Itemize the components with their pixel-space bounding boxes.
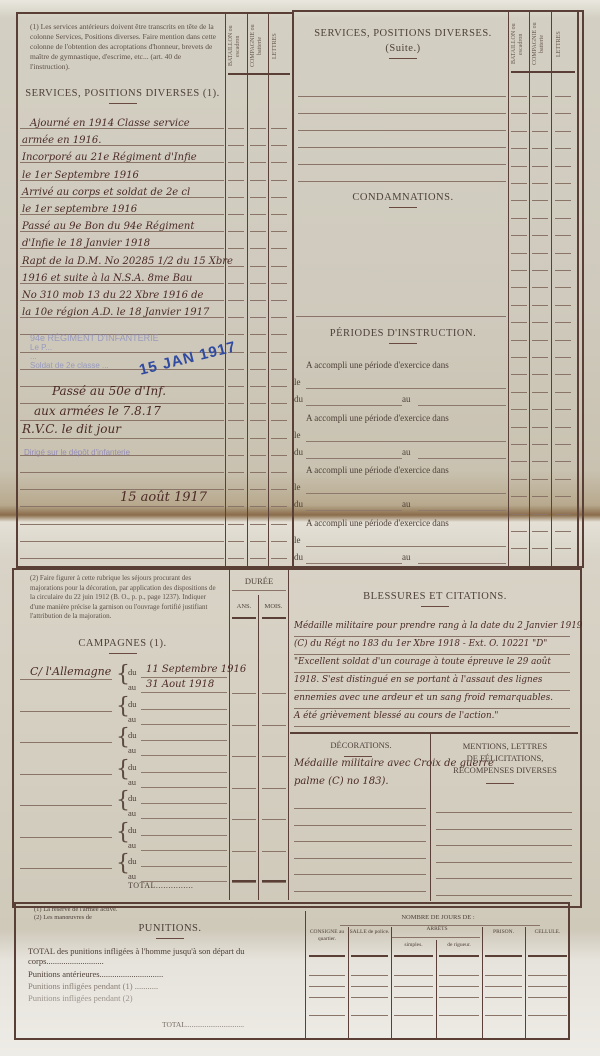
col-ruled-line: [228, 386, 244, 387]
transfer-line-1: Passé au 50e d'Inf.: [52, 384, 166, 398]
col-ruled-line: [228, 145, 244, 146]
col-ruled-line: [532, 200, 548, 201]
punition-col-sep: [525, 927, 526, 1038]
col-ruled-line: [532, 514, 548, 515]
citation-line: (C) du Régt no 183 du 1er Xbre 1918 - Ex…: [294, 639, 547, 649]
punition-cell-line: [485, 975, 522, 976]
col-ruled-line: [555, 166, 571, 167]
col-ruled-line: [511, 374, 527, 375]
col-ruled-line: [532, 496, 548, 497]
col-ruled-line: [250, 455, 266, 456]
col-header-compagnie: COMPAGNIE ou batterie: [250, 22, 266, 70]
punition-cell-line: [394, 975, 433, 976]
col-ruled-line: [228, 197, 244, 198]
duree-line: [262, 788, 286, 789]
col-ruled-line: [228, 248, 244, 249]
ruled-line: [20, 541, 224, 542]
col-ruled-line: [532, 531, 548, 532]
duree-line: [262, 882, 286, 883]
duree-right: [288, 570, 289, 900]
col-ruled-line: [532, 444, 548, 445]
col-ruled-line: [555, 444, 571, 445]
col-ruled-line: [228, 489, 244, 490]
campagne-au-label: au: [128, 777, 136, 787]
punition-cell-line: [528, 1015, 567, 1016]
service-entry: Passé au 9e Bon du 94e Régiment: [22, 221, 194, 232]
col-ruled-line: [555, 374, 571, 375]
duree-col-ans: ANS.: [230, 603, 258, 610]
punition-cell-line: [528, 986, 567, 987]
punition-col-header: CELLULE.: [525, 929, 570, 936]
campagne-name-line: [20, 837, 112, 838]
ruled-line: [20, 524, 224, 525]
col-ruled-line: [532, 253, 548, 254]
punition-cell-line: [351, 1015, 388, 1016]
col-ruled-line: [511, 270, 527, 271]
col-ruled-line: [228, 162, 244, 163]
col-ruled-line: [271, 317, 287, 318]
services-footnote: (1) Les services antérieurs doivent être…: [30, 22, 222, 72]
col-header-lettres: LETTRES: [272, 22, 288, 70]
duree-left: [229, 570, 230, 900]
col-ruled-line: [228, 506, 244, 507]
citation-line: ennemies avec une ardeur et un sang froi…: [294, 693, 553, 703]
left-col-sep-1: [225, 14, 226, 566]
col-ruled-line: [228, 300, 244, 301]
col-ruled-line: [511, 253, 527, 254]
col-ruled-line: [555, 514, 571, 515]
title-rule: [389, 207, 417, 208]
periode-le-line: [306, 441, 506, 442]
col-ruled-line: [532, 235, 548, 236]
total-rule-1: [232, 880, 256, 882]
col-ruled-line: [250, 558, 266, 559]
punition-cell-line: [351, 975, 388, 976]
periode-au-line: [418, 563, 506, 564]
col-ruled-line: [555, 183, 571, 184]
right-col-sep-2: [529, 12, 530, 568]
ruled-line: [294, 825, 426, 826]
ruled-line: [298, 96, 506, 97]
punition-cell-line: [309, 975, 345, 976]
title-rule: [389, 343, 417, 344]
punition-cell-line: [439, 997, 479, 998]
campagne-au-line: [141, 850, 227, 851]
service-entry: Incorporé au 21e Régiment d'Infie: [22, 152, 197, 163]
col-ruled-line: [250, 231, 266, 232]
punition-col-sep: [348, 927, 349, 1038]
col-ruled-line: [228, 180, 244, 181]
punition-cell-line: [309, 1015, 345, 1016]
col-ruled-line: [532, 340, 548, 341]
col-header-compagnie: COMPAGNIE ou batterie: [532, 20, 548, 68]
col-header-rule: [511, 71, 575, 73]
col-ruled-line: [250, 317, 266, 318]
stamp-line: 94e RÉGIMENT D'INFANTERIE: [30, 333, 230, 343]
punitions-row-pendant-1: Punitions infligées pendant (1) ........…: [28, 981, 158, 991]
duree-line: [262, 819, 286, 820]
ruled-line: [20, 438, 224, 439]
punition-header-rule: [439, 955, 479, 957]
col-ruled-line: [271, 266, 287, 267]
punition-col-header: simples.: [391, 942, 436, 949]
ruled-line: [298, 130, 506, 131]
col-ruled-line: [555, 235, 571, 236]
campagne-au-label: au: [128, 808, 136, 818]
campagne-du-line: [141, 835, 227, 836]
col-ruled-line: [555, 148, 571, 149]
col-ruled-line: [532, 183, 548, 184]
campagne-au-line: [141, 724, 227, 725]
punitions-footnote-2: (2) Les manœuvres de: [34, 914, 92, 921]
punition-cell-line: [485, 1015, 522, 1016]
col-ruled-line: [250, 541, 266, 542]
punition-cell-line: [528, 975, 567, 976]
col-ruled-line: [250, 180, 266, 181]
mentions-rule: [486, 783, 514, 784]
ruled-line: [20, 558, 224, 559]
punition-cell-line: [309, 997, 345, 998]
title-rule: [421, 606, 449, 607]
transfer-line-2: aux armées le 7.8.17: [34, 404, 161, 418]
punitions-row-anterieures: Punitions antérieures...................…: [28, 969, 163, 979]
col-ruled-line: [511, 113, 527, 114]
col-ruled-line: [250, 334, 266, 335]
campagnes-total: TOTAL...............: [128, 881, 193, 890]
col-ruled-line: [532, 113, 548, 114]
periode-le-label: le: [294, 535, 301, 545]
campagne-au-value: 31 Aout 1918: [146, 679, 214, 690]
duree-line: [232, 756, 256, 757]
periode-text: A accompli une période d'exercice dans: [306, 413, 449, 423]
punition-col-header: PRISON.: [482, 929, 525, 936]
arrets-rule: [392, 937, 480, 938]
col-ruled-line: [250, 472, 266, 473]
col-ruled-line: [271, 541, 287, 542]
col-ruled-line: [555, 340, 571, 341]
col-ruled-line: [271, 162, 287, 163]
col-ruled-line: [250, 283, 266, 284]
col-ruled-line: [511, 148, 527, 149]
decorations-hand-2: palme (C) no 183).: [294, 776, 389, 787]
punitions-text: PUNITIONS.: [138, 923, 201, 934]
col-ruled-line: [271, 300, 287, 301]
periode-du-line: [306, 510, 402, 511]
campagne-du-label: du: [128, 730, 137, 740]
col-ruled-line: [555, 531, 571, 532]
col-ruled-line: [555, 287, 571, 288]
ruled-line: [298, 113, 506, 114]
left-col-sep-2: [247, 14, 248, 566]
col-ruled-line: [250, 300, 266, 301]
ruled-line: [296, 316, 506, 317]
campagne-au-line: [141, 692, 227, 693]
col-ruled-line: [511, 322, 527, 323]
punition-col-header: CONSIGNE au quartier.: [306, 929, 348, 942]
campagne-du-label: du: [128, 699, 137, 709]
punition-cell-line: [394, 1015, 433, 1016]
depot-stamp: Dirigé sur le dépôt d'infanterie: [24, 448, 130, 457]
punitions-footnote-1: (1) La réserve de l'armée active.: [34, 906, 117, 913]
periode-du-label: du: [294, 499, 303, 509]
campagne-du-line: [141, 709, 227, 710]
campagne-au-line: [141, 787, 227, 788]
punitions-total: TOTAL...............................: [162, 1020, 244, 1029]
campagne-du-label: du: [128, 793, 137, 803]
col-ruled-line: [228, 283, 244, 284]
ruled-line: [294, 672, 570, 673]
campagne-name-line: [20, 774, 112, 775]
col-ruled-line: [511, 357, 527, 358]
campagne-du-label: du: [128, 762, 137, 772]
campagne-au-label: au: [128, 840, 136, 850]
service-entry: la 10e région A.D. le 18 Janvier 1917: [22, 307, 209, 318]
col-ruled-line: [555, 253, 571, 254]
services-suite-text: SERVICES, POSITIONS DIVERSES.: [298, 28, 508, 39]
col-ruled-line: [555, 357, 571, 358]
col-ruled-line: [511, 96, 527, 97]
col-ruled-line: [271, 197, 287, 198]
periode-au-line: [418, 405, 506, 406]
col-ruled-line: [271, 248, 287, 249]
col-ruled-line: [532, 305, 548, 306]
ruled-line: [436, 845, 572, 846]
punition-header-rule: [485, 955, 522, 957]
col-ruled-line: [228, 214, 244, 215]
punition-cell-line: [394, 986, 433, 987]
campagne-name-line: [20, 868, 112, 869]
punition-col-header: SALLE de police.: [348, 929, 391, 936]
punition-cell-line: [351, 997, 388, 998]
col-ruled-line: [271, 231, 287, 232]
decorations-rule: [344, 756, 372, 757]
col-ruled-line: [555, 322, 571, 323]
col-ruled-line: [532, 287, 548, 288]
periode-du-label: du: [294, 447, 303, 457]
services-title-text: SERVICES, POSITIONS DIVERSES (1).: [25, 88, 219, 99]
service-entry: 1916 et suite à la N.S.A. 8me Bau: [22, 273, 192, 284]
services-suite-subtitle: (Suite.): [298, 43, 508, 54]
service-entry: d'Infie le 18 Janvier 1918: [22, 238, 150, 249]
duree-line: [232, 725, 256, 726]
blessures-text: BLESSURES ET CITATIONS.: [363, 591, 507, 602]
col-ruled-line: [555, 496, 571, 497]
col-ruled-line: [532, 166, 548, 167]
ruled-line: [436, 878, 572, 879]
citation-line: Médaille militaire pour prendre rang à l…: [294, 621, 582, 631]
col-ruled-line: [271, 438, 287, 439]
col-ruled-line: [271, 334, 287, 335]
periode-text: A accompli une période d'exercice dans: [306, 465, 449, 475]
punition-cell-line: [439, 986, 479, 987]
ruled-line: [436, 812, 572, 813]
col-ruled-line: [511, 287, 527, 288]
periode-au-line: [418, 458, 506, 459]
col-ruled-line: [250, 145, 266, 146]
punition-cell-line: [439, 975, 479, 976]
mentions-title: MENTIONS, LETTRES DE FÉLICITATIONS, RÉCO…: [432, 740, 578, 776]
col-ruled-line: [532, 270, 548, 271]
col-ruled-line: [532, 148, 548, 149]
campagne-name-line: [20, 805, 112, 806]
col-ruled-line: [228, 524, 244, 525]
ruled-line: [436, 895, 572, 896]
col-ruled-line: [250, 162, 266, 163]
col-ruled-line: [532, 131, 548, 132]
col-ruled-line: [271, 283, 287, 284]
col-ruled-line: [228, 334, 244, 335]
right-col-sep-1: [508, 12, 509, 568]
col-ruled-line: [555, 392, 571, 393]
total-rule-2: [262, 880, 286, 882]
ruled-line: [294, 891, 426, 892]
duree-line: [262, 693, 286, 694]
col-ruled-line: [271, 420, 287, 421]
campagne-du-line: [141, 740, 227, 741]
col-ruled-line: [511, 340, 527, 341]
decorations-title: DÉCORATIONS.: [292, 740, 430, 750]
periode-text: A accompli une période d'exercice dans: [306, 360, 449, 370]
top-right-frame: [292, 10, 584, 568]
col-ruled-line: [555, 96, 571, 97]
punitions-row-total-dep: TOTAL des punitions infligées à l'homme …: [28, 946, 306, 966]
duree-line: [262, 725, 286, 726]
col-ruled-line: [555, 131, 571, 132]
campagne-du-value: 11 Septembre 1916: [146, 664, 246, 675]
campagne-au-label: au: [128, 714, 136, 724]
punition-cell-line: [309, 986, 345, 987]
campagne-au-label: au: [128, 745, 136, 755]
col-ruled-line: [555, 479, 571, 480]
campagne-au-label: au: [128, 682, 136, 692]
campagne-du-line: [141, 803, 227, 804]
mentions-title-line: DE FÉLICITATIONS,: [432, 752, 578, 764]
col-ruled-line: [271, 403, 287, 404]
periode-du-line: [306, 458, 402, 459]
col-ruled-line: [228, 420, 244, 421]
punition-cell-line: [394, 997, 433, 998]
periode-du-line: [306, 405, 402, 406]
left-col-sep-3: [268, 14, 269, 566]
col-ruled-line: [555, 218, 571, 219]
title-rule: [156, 938, 184, 939]
periode-au-label: au: [402, 499, 411, 509]
campagne-name-line: [20, 679, 112, 680]
col-ruled-line: [228, 403, 244, 404]
duree-line: [262, 756, 286, 757]
arrets-label: ARRÊTS: [392, 926, 482, 932]
col-ruled-line: [250, 506, 266, 507]
col-ruled-line: [250, 214, 266, 215]
col-ruled-line: [228, 369, 244, 370]
duree-line: [232, 788, 256, 789]
title-rule: [109, 103, 137, 104]
periode-le-line: [306, 493, 506, 494]
punitions-title: PUNITIONS.: [100, 923, 240, 939]
col-ruled-line: [511, 392, 527, 393]
campagne-du-label: du: [128, 667, 137, 677]
duree-line: [232, 851, 256, 852]
duree-mid: [258, 595, 259, 900]
col-ruled-line: [511, 514, 527, 515]
mentions-title-line: RÉCOMPENSES DIVERSES: [432, 764, 578, 776]
col-ruled-line: [250, 369, 266, 370]
periode-au-label: au: [402, 447, 411, 457]
col-ruled-line: [271, 145, 287, 146]
ruled-line: [294, 726, 570, 727]
col-ruled-line: [271, 214, 287, 215]
duree-header-rule-2: [262, 617, 286, 619]
col-ruled-line: [228, 455, 244, 456]
col-ruled-line: [250, 266, 266, 267]
periode-le-line: [306, 388, 506, 389]
campagne-au-line: [141, 818, 227, 819]
campagnes-title: CAMPAGNES (1).: [20, 638, 225, 654]
col-ruled-line: [511, 479, 527, 480]
col-ruled-line: [555, 270, 571, 271]
col-header-bataillon: BATAILLON ou escadron: [511, 20, 527, 68]
col-ruled-line: [228, 231, 244, 232]
bottom-top-rule: [14, 568, 580, 570]
ruled-line: [436, 829, 572, 830]
col-ruled-line: [250, 403, 266, 404]
campagne-du-label: du: [128, 825, 137, 835]
col-ruled-line: [511, 496, 527, 497]
ruled-line: [298, 164, 506, 165]
ruled-line: [294, 841, 426, 842]
col-ruled-line: [250, 489, 266, 490]
punitions-row-pendant-2: Punitions infligées pendant (2): [28, 993, 133, 1003]
col-ruled-line: [511, 183, 527, 184]
col-ruled-line: [228, 541, 244, 542]
col-ruled-line: [250, 524, 266, 525]
campagne-au-line: [141, 755, 227, 756]
campagne-du-line: [141, 772, 227, 773]
campagne-name-line: [20, 742, 112, 743]
citation-line: A été grièvement blessé au cours de l'ac…: [294, 711, 498, 721]
col-header-bataillon: BATAILLON ou escadron: [228, 22, 244, 70]
col-ruled-line: [228, 128, 244, 129]
col-ruled-line: [511, 200, 527, 201]
handwritten-date: 15 août 1917: [120, 490, 207, 505]
campagne-name-line: [20, 711, 112, 712]
transfer-line-3: R.V.C. le dit jour: [22, 422, 121, 436]
col-ruled-line: [250, 420, 266, 421]
periode-au-label: au: [402, 552, 411, 562]
ruled-line: [20, 472, 224, 473]
punition-header-rule: [351, 955, 388, 957]
col-ruled-line: [532, 461, 548, 462]
service-entry: Arrivé au corps et soldat de 2e cl: [22, 187, 190, 198]
col-ruled-line: [511, 531, 527, 532]
punition-header-rule: [528, 955, 567, 957]
col-ruled-line: [532, 548, 548, 549]
punition-cell-line: [528, 997, 567, 998]
condamnations-text: CONDAMNATIONS.: [352, 192, 453, 203]
right-col-sep-3: [551, 12, 552, 568]
col-ruled-line: [532, 96, 548, 97]
col-ruled-line: [555, 461, 571, 462]
col-ruled-line: [250, 352, 266, 353]
title-rule: [109, 653, 137, 654]
col-ruled-line: [555, 305, 571, 306]
service-entry: le 1er Septembre 1916: [22, 170, 139, 181]
blessures-title: BLESSURES ET CITATIONS.: [292, 591, 578, 607]
col-header-lettres: LETTRES: [556, 20, 572, 68]
punition-cell-line: [485, 997, 522, 998]
col-ruled-line: [532, 409, 548, 410]
ruled-line: [294, 858, 426, 859]
